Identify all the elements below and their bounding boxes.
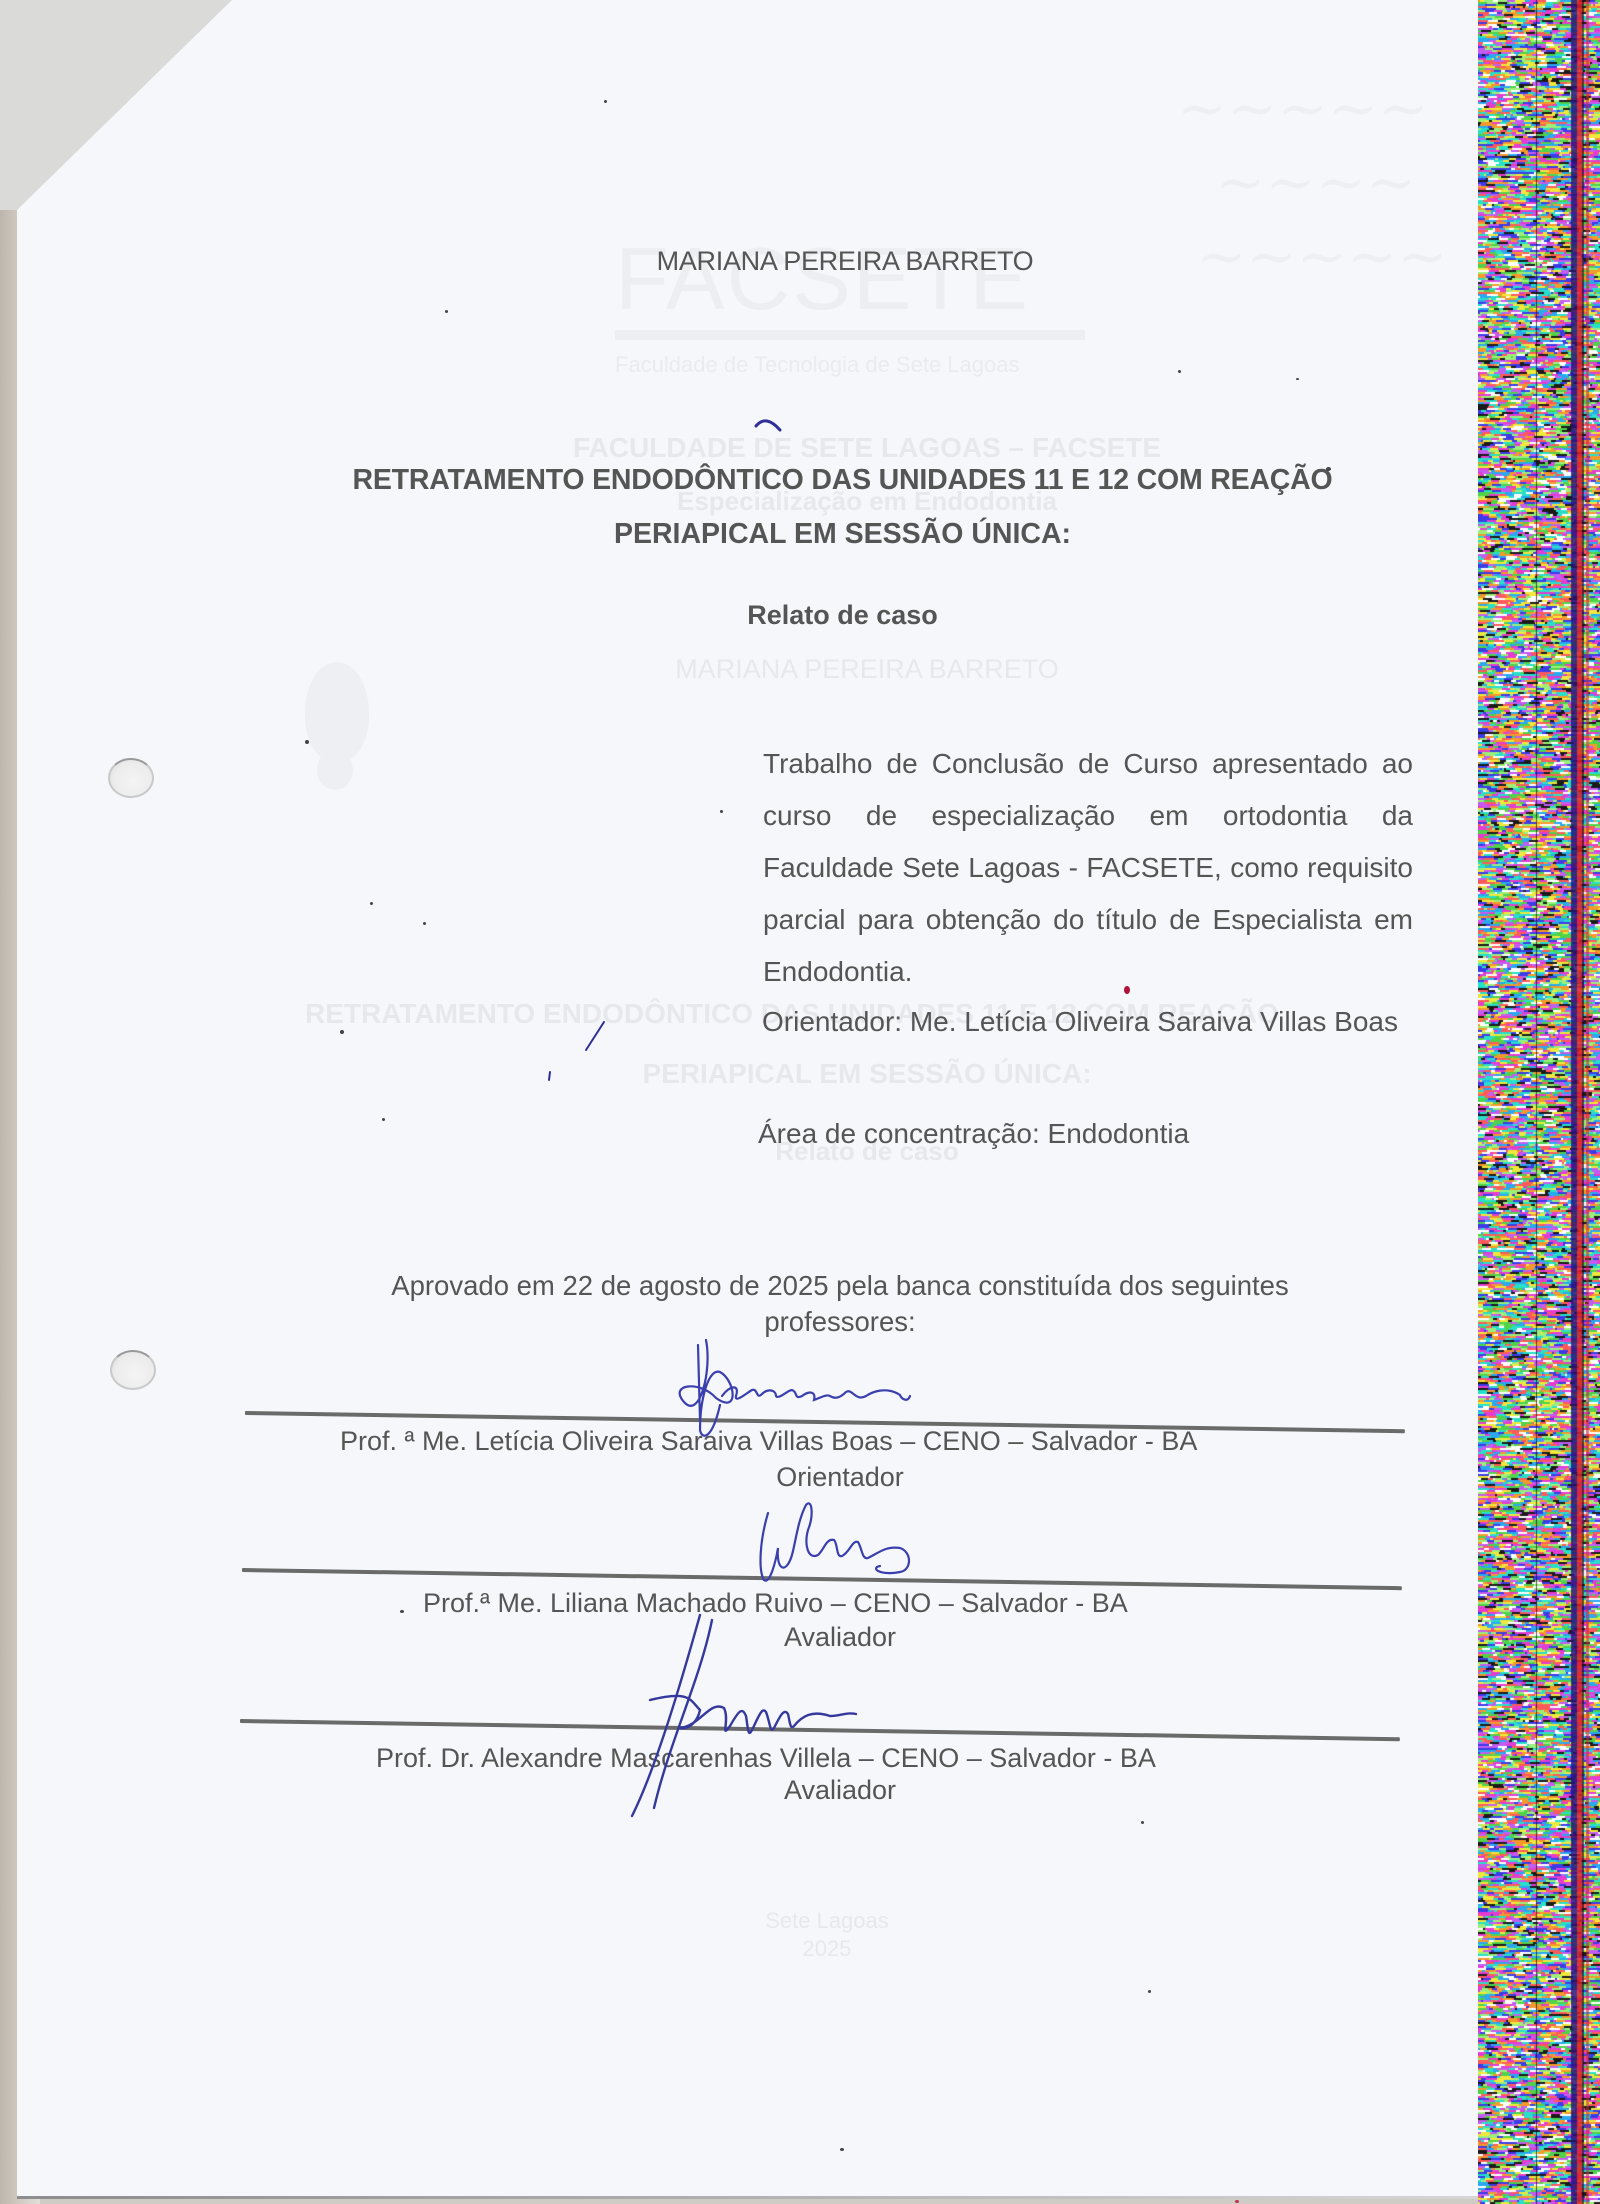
signature-ruivo: [761, 1503, 909, 1580]
dust-speck: [370, 902, 373, 905]
dust-speck: [604, 100, 607, 103]
dust-speck: [840, 2148, 844, 2151]
ink-arc-mark: [0, 0, 1600, 2204]
dust-speck: [1178, 370, 1181, 373]
signature-villela: [632, 1615, 856, 1816]
dust-speck: [720, 810, 723, 813]
dust-speck: [423, 922, 426, 925]
ink-dot: [1124, 986, 1130, 994]
dust-speck: [1141, 1821, 1144, 1824]
dust-speck: [1148, 1990, 1151, 1993]
dust-speck: [305, 740, 309, 744]
dust-speck: [340, 1030, 344, 1034]
dust-speck: [400, 1610, 404, 1613]
dust-speck: [445, 310, 448, 313]
dust-speck: [1296, 378, 1299, 380]
dust-speck: [382, 1118, 385, 1121]
dust-speck: [1235, 2200, 1239, 2203]
signature-saraiva: [680, 1340, 910, 1436]
dust-speck: [1326, 467, 1331, 471]
